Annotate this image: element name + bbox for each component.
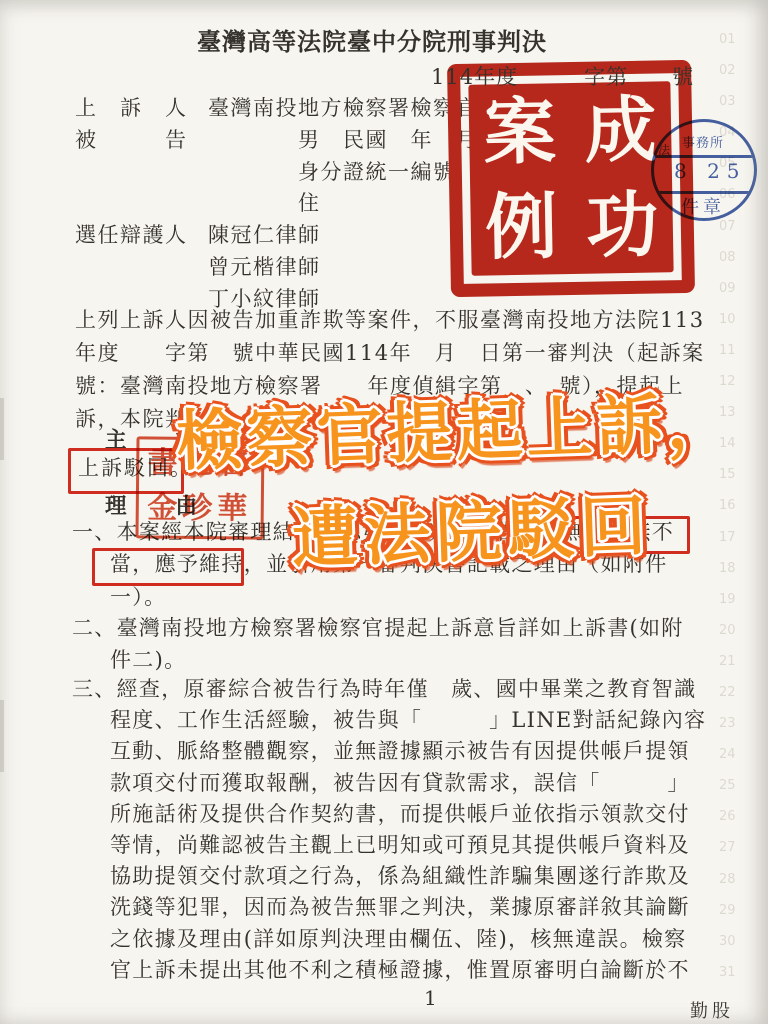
party-value: 住 <box>208 191 321 215</box>
body-line: 件二)。 <box>72 644 684 676</box>
line-number: 09 <box>719 273 736 304</box>
scan-artifact <box>0 700 4 772</box>
party-role-label: 上 訴 人 <box>75 93 208 125</box>
line-number: 28 <box>719 864 736 895</box>
line-number: 27 <box>719 832 736 863</box>
party-row: 上 訴 人臺灣南投地方檢察署檢察官 <box>75 93 478 125</box>
receipt-stamp-divider <box>654 155 754 158</box>
line-number: 02 <box>719 55 736 86</box>
receipt-stamp-date: 8 25 <box>674 159 747 183</box>
stamp-character: 案 <box>468 83 571 180</box>
annotation-headline-line1: 檢察官提起上訴， <box>175 367 768 483</box>
stamp-character: 例 <box>470 179 573 276</box>
body-line: 三、經查，原審綜合被告行為時年僅 歲、國中畢業之教育智識 <box>72 674 706 705</box>
line-number: 01 <box>719 24 736 55</box>
party-value: 男 民國 年 月 <box>208 128 478 152</box>
party-row: 被 告 男 民國 年 月 <box>75 125 478 157</box>
line-number: 21 <box>719 646 736 677</box>
line-number: 26 <box>719 801 736 832</box>
success-case-stamp-inner: 案成例功 <box>468 81 673 275</box>
party-role-label: 被 告 <box>75 125 208 157</box>
party-role-label: 選任辯護人 <box>75 220 208 252</box>
line-number: 31 <box>719 957 736 988</box>
case-number-line: 114年度 字第 號 <box>431 61 694 91</box>
line-number: 10 <box>719 304 736 335</box>
line-number: 19 <box>719 584 736 615</box>
document-title: 臺灣高等法院臺中分院刑事判決 <box>0 22 744 57</box>
reason-paragraph-3: 三、經查，原審綜合被告行為時年僅 歲、國中畢業之教育智識程度、工作生活經驗，被告… <box>72 674 706 986</box>
body-line: 二、臺灣南投地方檢察署檢察官提起上訴意旨詳如上訴書(如附 <box>72 612 684 644</box>
body-line: 年度 字第 號中華民國114年 月 日第一審判決（起訴案 <box>75 337 705 370</box>
line-number: 20 <box>719 615 736 646</box>
party-value: 陳冠仁律師 <box>208 223 321 247</box>
line-number: 03 <box>719 86 736 117</box>
page-number: 1 <box>424 986 437 1010</box>
line-number: 29 <box>719 895 736 926</box>
party-value: 身分證統一編號 <box>208 160 456 184</box>
body-line: 協助提領交付款項之行為，係為組織性詐騙集團遂行詐欺及 <box>72 861 706 892</box>
annotation-headline: 檢察官提起上訴， 遭法院駁回 <box>147 367 768 585</box>
annotation-headline-line2: 遭法院駁回 <box>150 468 768 585</box>
body-line: 等情，尚難認被告主觀上已明知或可預見其提供帳戶資料及 <box>72 830 706 861</box>
party-block: 上 訴 人臺灣南投地方檢察署檢察官 被 告 男 民國 年 月 身分證統一編號 住… <box>75 93 478 316</box>
body-line: 所施話術及提供合作契約書，而提供帳戶並依指示領款交付 <box>72 799 706 830</box>
law-office-receipt-stamp: 事務所 法 8 25 件章 <box>651 119 757 221</box>
receipt-stamp-bottom-text: 件章 <box>681 193 725 219</box>
party-row: 住 <box>75 188 478 220</box>
judgment-page: 臺灣高等法院臺中分院刑事判決 114年度 字第 號 上 訴 人臺灣南投地方檢察署… <box>0 0 768 1024</box>
body-line: 洗錢等犯罪，因而為被告無罪之判決，業據原審詳敘其論斷 <box>72 892 706 923</box>
reason-paragraph-2: 二、臺灣南投地方檢察署檢察官提起上訴意旨詳如上訴書(如附件二)。 <box>72 612 684 677</box>
line-number: 30 <box>719 926 736 957</box>
line-number: 24 <box>719 739 736 770</box>
party-value: 臺灣南投地方檢察署檢察官 <box>208 96 478 120</box>
line-number: 11 <box>719 335 736 366</box>
body-line: 互動、脈絡整體觀察，並無證據顯示被告有因提供帳戶提領 <box>72 736 706 767</box>
line-number: 23 <box>719 708 736 739</box>
party-row: 選任辯護人陳冠仁律師 <box>75 220 478 252</box>
party-value: 曾元楷律師 <box>208 255 321 279</box>
body-line: 程度、工作生活經驗，被告與「 」LINE對話紀錄內容 <box>72 705 706 736</box>
scan-artifact <box>0 398 4 460</box>
body-line: 款項交付而獲取報酬，被告因有貸款需求，誤信「 」 <box>72 768 706 799</box>
receipt-stamp-office-text: 事務所 <box>682 132 724 151</box>
clerk-unit-label: 勤股 <box>690 997 734 1023</box>
body-line: 之依據及理由(詳如原判決理由欄伍、陸)，核無違誤。檢察 <box>72 924 706 955</box>
party-row: 身分證統一編號 <box>75 157 478 189</box>
line-number: 25 <box>719 770 736 801</box>
line-number: 08 <box>719 242 736 273</box>
body-line: 官上訴未提出其他不利之積極證據，惟置原審明白論斷於不 <box>72 955 706 986</box>
line-number: 22 <box>719 677 736 708</box>
party-row: 曾元楷律師 <box>75 252 478 284</box>
body-line: 上列上訴人因被告加重詐欺等案件，不服臺灣南投地方法院113 <box>75 304 705 337</box>
